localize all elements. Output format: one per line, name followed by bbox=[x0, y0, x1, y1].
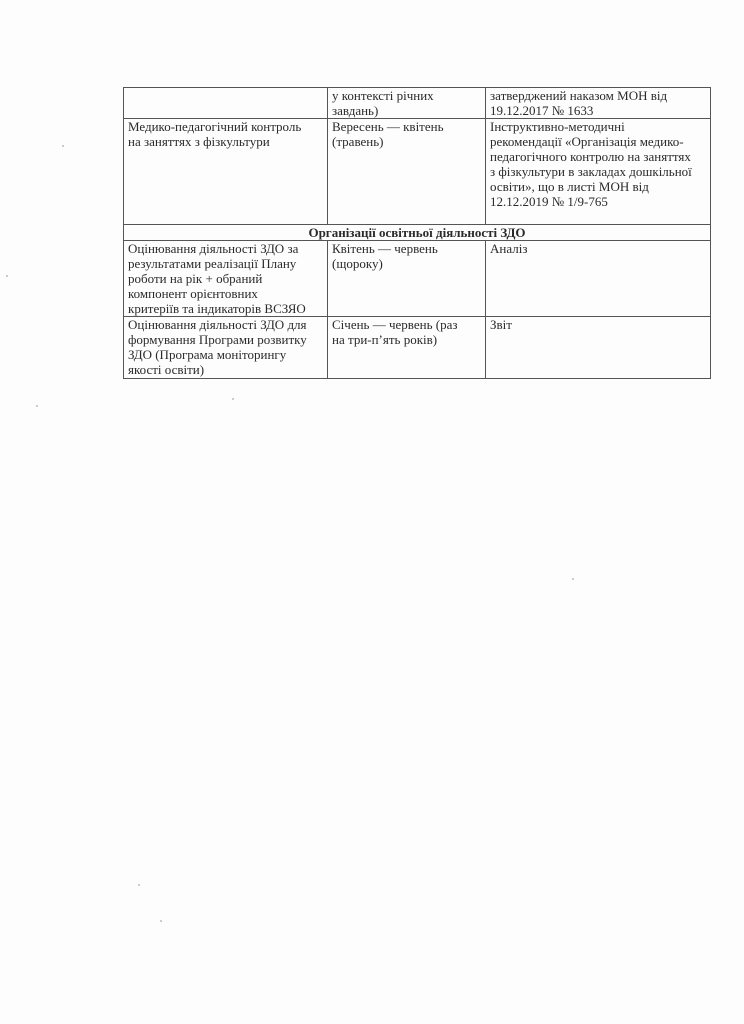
activity-cell: Оцінювання діяльності ЗДО дляформування … bbox=[124, 317, 328, 379]
scan-speck bbox=[36, 405, 38, 407]
scan-speck bbox=[572, 578, 574, 580]
activity-cell: Оцінювання діяльності ЗДО зарезультатами… bbox=[124, 241, 328, 317]
cell-text-line: компонент орієнтовних bbox=[128, 286, 323, 301]
plan-table: у контексті річнихзавдань)затверджений н… bbox=[123, 87, 711, 379]
cell-text-line: роботи на рік + обраний bbox=[128, 271, 323, 286]
cell-text-line: Оцінювання діяльності ЗДО для bbox=[128, 317, 323, 332]
cell-text-line: Звіт bbox=[490, 317, 706, 332]
cell-text-line: формування Програми розвитку bbox=[128, 332, 323, 347]
cell-text-line: затверджений наказом МОН від bbox=[490, 88, 706, 103]
cell-text-line: критеріїв та індикаторів ВСЗЯО bbox=[128, 301, 323, 316]
cell-text-line: Вересень — квітень bbox=[332, 119, 481, 134]
document-cell: Аналіз bbox=[486, 241, 711, 317]
cell-text-line: на заняттях з фізкультури bbox=[128, 134, 323, 149]
cell-text-line: Інструктивно-методичні bbox=[490, 119, 706, 134]
scan-speck bbox=[138, 884, 140, 886]
table-row: у контексті річнихзавдань)затверджений н… bbox=[124, 88, 711, 119]
cell-text-line: рекомендації «Організація медико- bbox=[490, 134, 706, 149]
cell-text-line: ЗДО (Програма моніторингу bbox=[128, 347, 323, 362]
cell-text-line: (травень) bbox=[332, 134, 481, 149]
table-row: Оцінювання діяльності ЗДО дляформування … bbox=[124, 317, 711, 379]
scan-speck bbox=[160, 920, 162, 922]
cell-text-line: Оцінювання діяльності ЗДО за bbox=[128, 241, 323, 256]
cell-text-line: Січень — червень (раз bbox=[332, 317, 481, 332]
cell-text-line: з фізкультури в закладах дошкільної bbox=[490, 164, 706, 179]
cell-text-line: завдань) bbox=[332, 103, 481, 118]
cell-text-line: 12.12.2019 № 1/9-765 bbox=[490, 194, 706, 209]
period-cell: Квітень — червень(щороку) bbox=[328, 241, 486, 317]
period-cell: Вересень — квітень(травень) bbox=[328, 119, 486, 225]
cell-text-line: результатами реалізації Плану bbox=[128, 256, 323, 271]
scan-speck bbox=[6, 275, 8, 277]
table-row: Оцінювання діяльності ЗДО зарезультатами… bbox=[124, 241, 711, 317]
cell-text-line: педагогічного контролю на заняттях bbox=[490, 149, 706, 164]
document-cell: Звіт bbox=[486, 317, 711, 379]
cell-text-line: якості освіти) bbox=[128, 362, 323, 377]
section-title: Організації освітньої діяльності ЗДО bbox=[124, 225, 711, 241]
cell-text-line: 19.12.2017 № 1633 bbox=[490, 103, 706, 118]
cell-text-line: Аналіз bbox=[490, 241, 706, 256]
document-cell: Інструктивно-методичнірекомендації «Орга… bbox=[486, 119, 711, 225]
cell-text-line: у контексті річних bbox=[332, 88, 481, 103]
document-cell: затверджений наказом МОН від19.12.2017 №… bbox=[486, 88, 711, 119]
cell-text-line: (щороку) bbox=[332, 256, 481, 271]
activity-cell: Медико-педагогічний контрольна заняттях … bbox=[124, 119, 328, 225]
scanned-page: у контексті річнихзавдань)затверджений н… bbox=[0, 0, 744, 1024]
scan-speck bbox=[232, 398, 234, 400]
period-cell: у контексті річнихзавдань) bbox=[328, 88, 486, 119]
cell-text-line: Квітень — червень bbox=[332, 241, 481, 256]
scan-speck bbox=[62, 145, 64, 147]
cell-text-line: освіти», що в листі МОН від bbox=[490, 179, 706, 194]
section-header-row: Організації освітньої діяльності ЗДО bbox=[124, 225, 711, 241]
cell-text-line: Медико-педагогічний контроль bbox=[128, 119, 323, 134]
table-row: Медико-педагогічний контрольна заняттях … bbox=[124, 119, 711, 225]
period-cell: Січень — червень (разна три-п’ять років) bbox=[328, 317, 486, 379]
cell-text-line: на три-п’ять років) bbox=[332, 332, 481, 347]
activity-cell bbox=[124, 88, 328, 119]
